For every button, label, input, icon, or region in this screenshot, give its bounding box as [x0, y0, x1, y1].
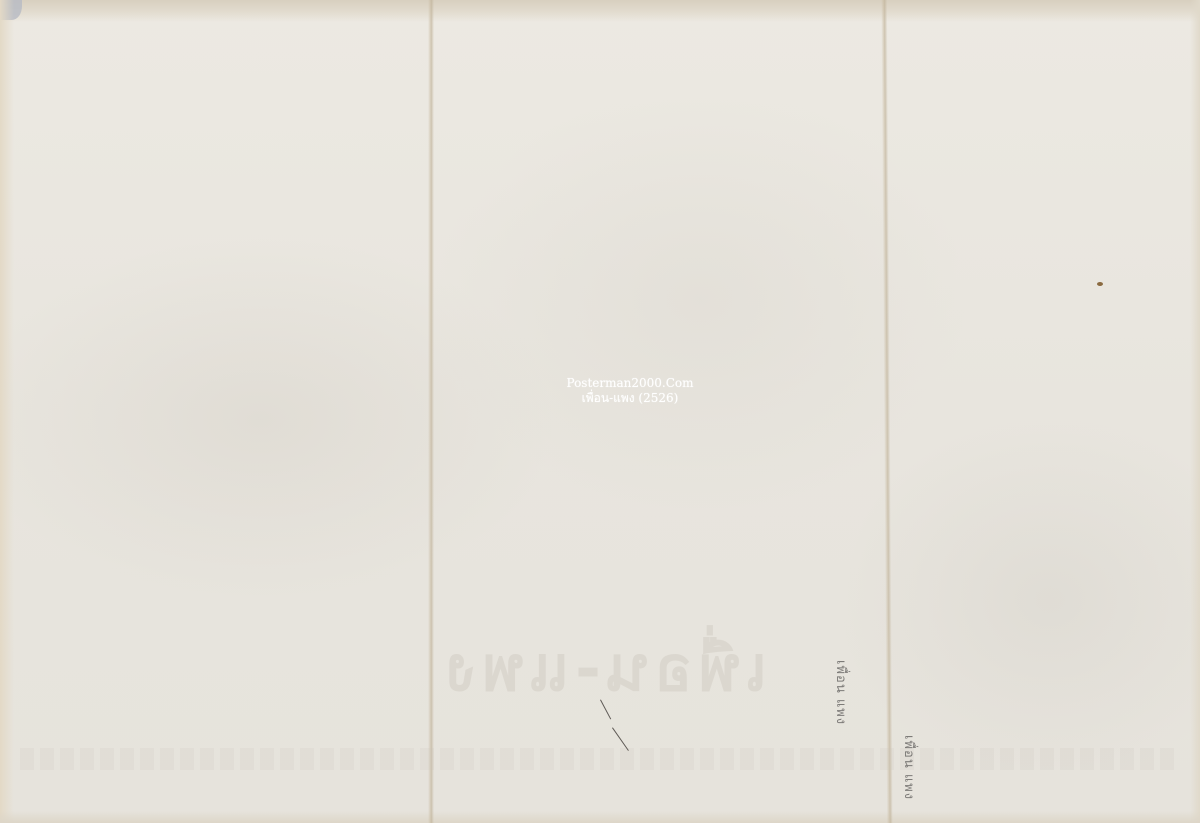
- watermark-site: Posterman2000.Com: [540, 376, 720, 391]
- pencil-note-2: เพื่อน แพง: [899, 735, 920, 800]
- print-through-credits: [20, 748, 1180, 770]
- dirt-speck: [1097, 282, 1103, 286]
- crumpled-top-edge: [0, 0, 1200, 22]
- poster-back-scan: เพื่อน-แพง Posterman2000.Com เพื่อน-แพง …: [0, 0, 1200, 823]
- yellowed-left-edge: [0, 0, 14, 823]
- pencil-note-1: เพื่อน แพง: [831, 660, 852, 725]
- fold-crease-left: [428, 0, 434, 823]
- watermark-title: เพื่อน-แพง (2526): [540, 391, 720, 406]
- yellowed-right-edge: [1190, 0, 1200, 823]
- fold-crease-right: [881, 0, 893, 823]
- bottom-edge: [0, 811, 1200, 823]
- watermark: Posterman2000.Com เพื่อน-แพง (2526): [540, 376, 720, 406]
